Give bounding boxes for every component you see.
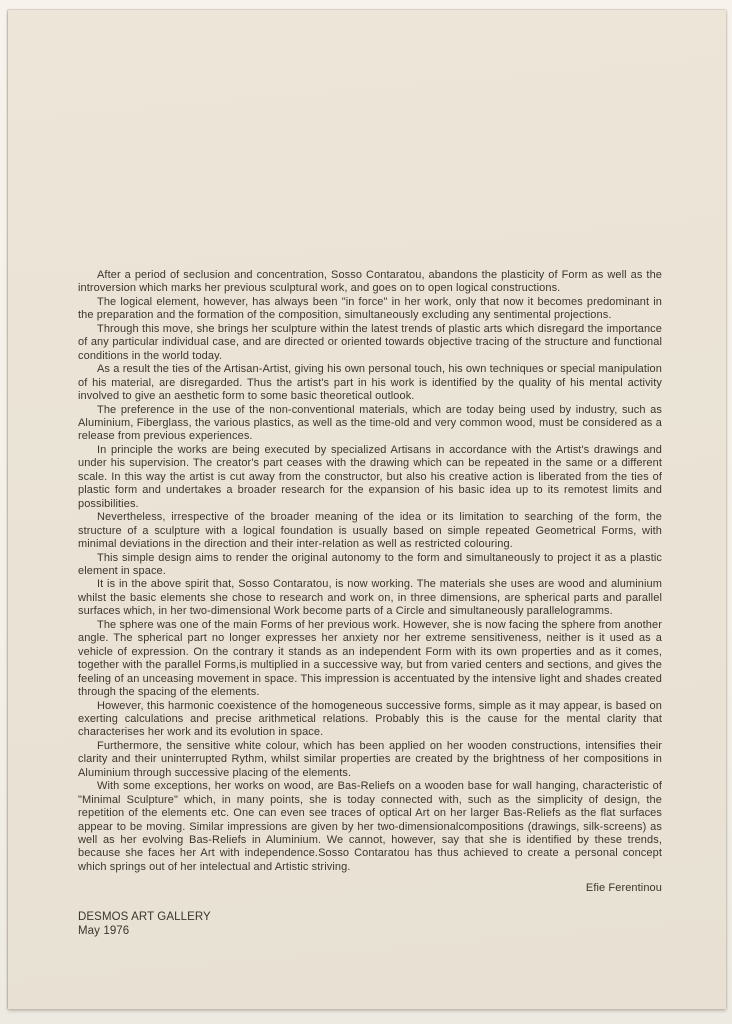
paragraph: With some exceptions, her works on wood,…: [78, 780, 662, 874]
paragraph: However, this harmonic coexistence of th…: [78, 700, 662, 740]
scan-background: After a period of seclusion and concentr…: [0, 0, 732, 1024]
paragraph: After a period of seclusion and concentr…: [78, 269, 662, 296]
date-line: May 1976: [78, 924, 662, 938]
scanned-page: After a period of seclusion and concentr…: [8, 10, 726, 1009]
footer: DESMOS ART GALLERY May 1976: [78, 910, 662, 938]
paragraph: The logical element, however, has always…: [78, 296, 662, 323]
paragraph: The sphere was one of the main Forms of …: [78, 619, 662, 700]
paragraph: The preference in the use of the non-con…: [78, 404, 662, 444]
paragraph: It is in the above spirit that, Sosso Co…: [78, 578, 662, 618]
paragraph: As a result the ties of the Artisan-Arti…: [78, 363, 662, 403]
paragraph: Through this move, she brings her sculpt…: [78, 323, 662, 363]
paragraph: In principle the works are being execute…: [78, 444, 662, 511]
paragraph: Nevertheless, irrespective of the broade…: [78, 511, 662, 551]
paragraph: Furthermore, the sensitive white colour,…: [78, 740, 662, 780]
author-signature: Efie Ferentinou: [78, 882, 662, 895]
gallery-name: DESMOS ART GALLERY: [78, 910, 662, 924]
paragraph: This simple design aims to render the or…: [78, 552, 662, 579]
body-text: After a period of seclusion and concentr…: [78, 269, 662, 938]
